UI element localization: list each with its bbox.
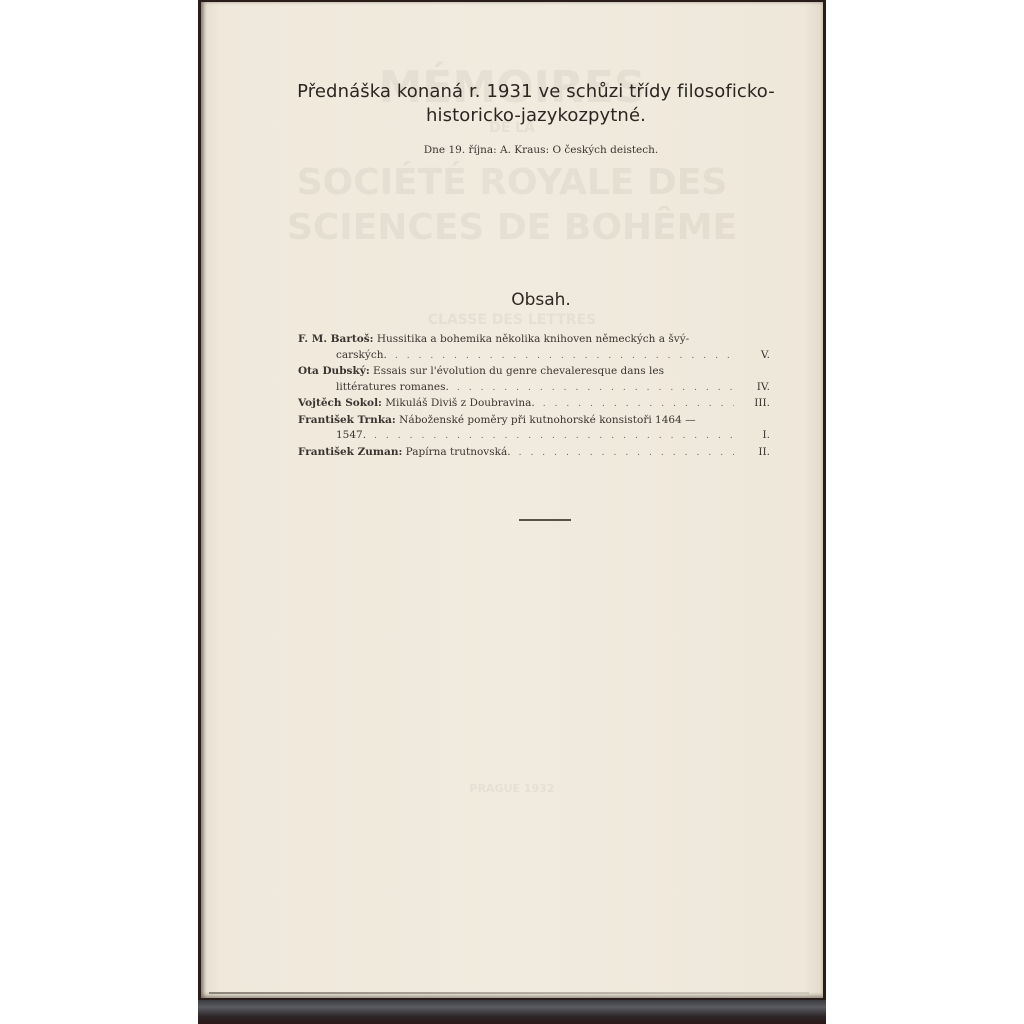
toc-title-cont: 1547.	[336, 428, 366, 444]
toc-entry: Vojtěch Sokol: Mikuláš Diviš z Doubravin…	[298, 396, 770, 413]
toc-page-number: II.	[742, 445, 770, 461]
toc-author: Vojtěch Sokol:	[298, 396, 382, 412]
toc-author: Ota Dubský:	[298, 365, 370, 377]
book-binding	[198, 1000, 826, 1024]
toc-page-number: III.	[742, 396, 770, 412]
show-through-text: PRAGUE 1932	[201, 782, 823, 795]
show-through-text: SOCIÉTÉ ROYALE DES	[201, 162, 823, 203]
document-page: MÉMOIRES DE LA SOCIÉTÉ ROYALE DES SCIENC…	[201, 2, 823, 998]
leader-dots: ........................................…	[374, 429, 734, 445]
header-line-1: Přednáška konaná r. 1931 ve schůzi třídy…	[251, 80, 821, 104]
leader-dots: ........................................…	[395, 349, 734, 365]
toc-entry: F. M. Bartoš: Hussitika a bohemika někol…	[298, 332, 770, 364]
toc-title: Náboženské poměry při kutnohorské konsis…	[399, 414, 695, 426]
section-divider	[519, 519, 571, 521]
toc-heading: Obsah.	[261, 290, 821, 310]
document-header: Přednáška konaná r. 1931 ve schůzi třídy…	[251, 80, 821, 128]
toc-title: Hussitika a bohemika několika knihoven n…	[377, 333, 689, 345]
toc-author: František Zuman:	[298, 445, 402, 461]
table-of-contents: F. M. Bartoš: Hussitika a bohemika někol…	[298, 332, 770, 461]
leader-dots: ........................................…	[457, 381, 734, 397]
lecture-note: Dne 19. října: A. Kraus: O českých deist…	[261, 144, 821, 156]
toc-page-number: IV.	[742, 380, 770, 396]
show-through-text: SCIENCES DE BOHÊME	[201, 207, 823, 248]
leader-dots: ........................................…	[543, 397, 734, 413]
toc-entry: František Trnka: Náboženské poměry při k…	[298, 413, 770, 445]
toc-title: Essais sur l'évolution du genre chevaler…	[373, 365, 664, 377]
page-fold	[209, 992, 809, 994]
toc-page-number: I.	[742, 428, 770, 444]
toc-title-cont: carských.	[336, 348, 387, 364]
toc-title-cont: littératures romanes.	[336, 380, 449, 396]
header-line-2: historicko-jazykozpytné.	[251, 104, 821, 128]
toc-author: F. M. Bartoš:	[298, 333, 374, 345]
toc-author: František Trnka:	[298, 414, 396, 426]
toc-entry: Ota Dubský: Essais sur l'évolution du ge…	[298, 364, 770, 396]
toc-page-number: V.	[742, 348, 770, 364]
toc-title: Mikuláš Diviš z Doubravina.	[385, 396, 534, 412]
leader-dots: ........................................…	[519, 446, 734, 462]
show-through-text: CLASSE DES LETTRES	[201, 312, 823, 328]
toc-entry: František Zuman: Papírna trutnovská. ...…	[298, 445, 770, 462]
toc-title: Papírna trutnovská.	[406, 445, 511, 461]
